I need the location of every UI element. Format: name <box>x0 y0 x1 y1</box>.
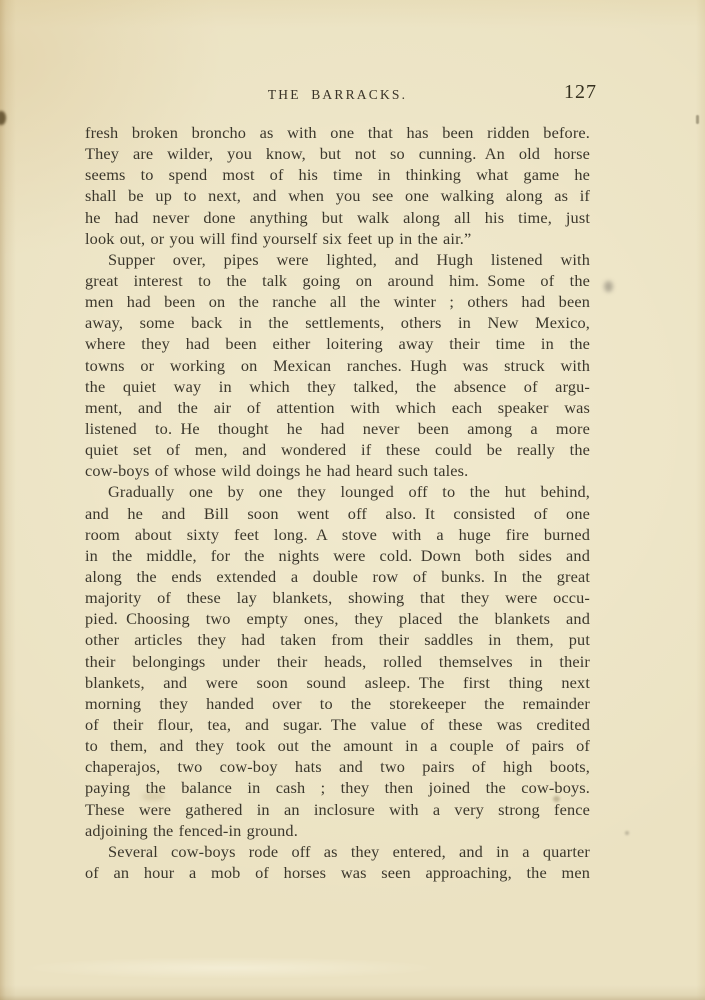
text-line: pied. Choosing two empty ones, they plac… <box>85 608 590 629</box>
text-line: away, some back in the settlements, othe… <box>85 312 590 333</box>
text-line: where they had been either loitering awa… <box>85 333 590 354</box>
text-line: They are wilder, you know, but not so cu… <box>85 143 590 164</box>
text-line: he had never done anything but walk alon… <box>85 207 590 228</box>
text-line: to them, and they took out the amount in… <box>85 735 590 756</box>
text-line: great interest to the talk going on arou… <box>85 270 590 291</box>
text-line: Supper over, pipes were lighted, and Hug… <box>85 249 590 270</box>
text-block: fresh broken broncho as with one that ha… <box>85 122 590 883</box>
scan-mark-right-edge <box>696 115 699 124</box>
text-line: along the ends extended a double row of … <box>85 566 590 587</box>
text-line: listened to. He thought he had never bee… <box>85 418 590 439</box>
text-line: in the middle, for the nights were cold.… <box>85 545 590 566</box>
text-line: fresh broken broncho as with one that ha… <box>85 122 590 143</box>
text-line: shall be up to next, and when you see on… <box>85 185 590 206</box>
text-line: morning they handed over to the storekee… <box>85 693 590 714</box>
text-line: towns or working on Mexican ranches. Hug… <box>85 355 590 376</box>
text-line: of an hour a mob of horses was seen appr… <box>85 862 590 883</box>
text-line: Several cow-boys rode off as they entere… <box>85 841 590 862</box>
text-line: ment, and the air of attention with whic… <box>85 397 590 418</box>
scan-smudge-right <box>604 281 613 292</box>
text-line: their belongings under their heads, roll… <box>85 651 590 672</box>
text-line: seems to spend most of his time in think… <box>85 164 590 185</box>
text-line: and he and Bill soon went off also. It c… <box>85 503 590 524</box>
text-line: cow-boys of whose wild doings he had hea… <box>85 460 590 481</box>
scan-dot <box>625 831 629 835</box>
text-line: These were gathered in an inclosure with… <box>85 799 590 820</box>
text-line: other articles they had taken from their… <box>85 629 590 650</box>
text-line: majority of these lay blankets, showing … <box>85 587 590 608</box>
text-line: of their flour, tea, and sugar. The valu… <box>85 714 590 735</box>
text-line: blankets, and were soon sound asleep. Th… <box>85 672 590 693</box>
text-line: chaperajos, two cow-boy hats and two pai… <box>85 756 590 777</box>
text-line: the quiet way in which they talked, the … <box>85 376 590 397</box>
text-line: adjoining the fenced-in ground. <box>85 820 590 841</box>
text-line: look out, or you will find yourself six … <box>85 228 590 249</box>
text-line: Gradually one by one they lounged off to… <box>85 481 590 502</box>
text-line: quiet set of men, and wondered if these … <box>85 439 590 460</box>
text-line: room about sixty feet long. A stove with… <box>85 524 590 545</box>
text-line: men had been on the ranche all the winte… <box>85 291 590 312</box>
text-line: paying the balance in cash ; they then j… <box>85 777 590 798</box>
scan-speck-left-edge <box>0 111 6 125</box>
book-page: THE BARRACKS. 127 fresh broken broncho a… <box>0 0 705 1000</box>
running-head-title: THE BARRACKS. <box>85 87 590 103</box>
page-number: 127 <box>564 81 597 104</box>
